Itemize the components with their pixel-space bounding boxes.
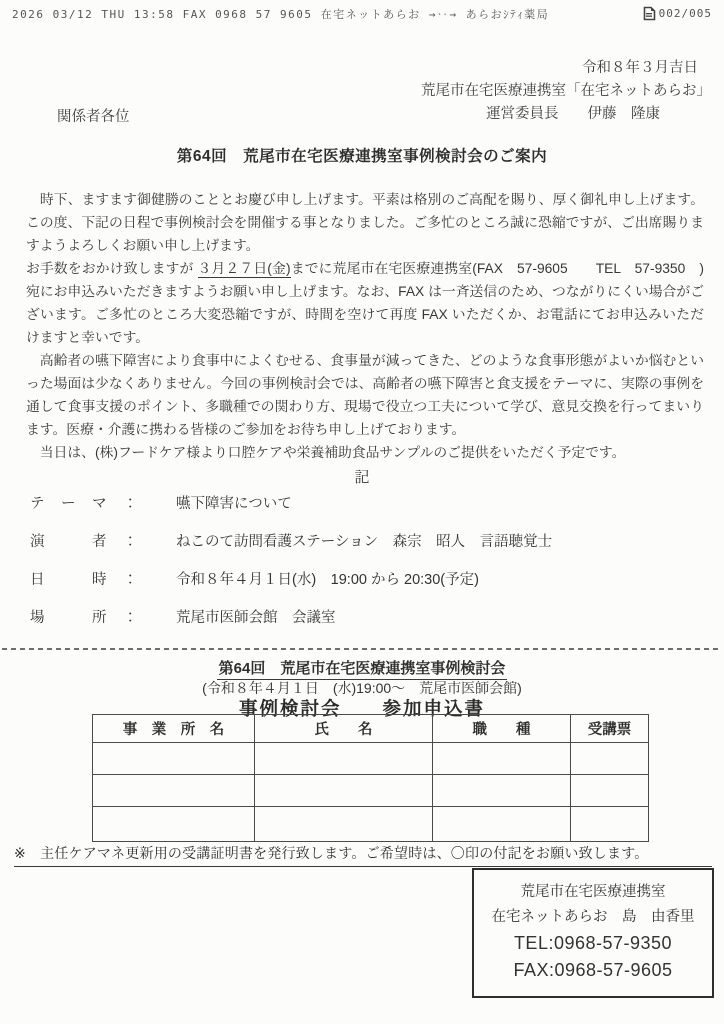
empty-cell xyxy=(93,775,255,807)
paragraph-samples: 当日は、(株)フードケア様より口腔ケアや栄養補助食品サンプルのご提供をいただく予… xyxy=(26,441,704,464)
detail-label: 演 者 ： xyxy=(30,530,158,551)
column-header-name: 氏 名 xyxy=(255,715,433,743)
table-row xyxy=(93,775,649,807)
contact-person: 在宅ネットあらお 島 由香里 xyxy=(480,905,706,930)
empty-cell xyxy=(255,807,433,842)
column-header-certificate: 受講票 xyxy=(571,715,649,743)
column-header-occupation: 職 種 xyxy=(433,715,571,743)
application-text-before: お手数をおかけ致しますが xyxy=(26,261,198,276)
sender-organization: 荒尾市在宅医療連携室「在宅ネットあらお」 xyxy=(421,79,711,100)
detail-row-speaker: 演 者 ：ねこのて訪問看護ステーション 森宗 昭人 言語聴覚士 xyxy=(30,530,552,551)
table-header-row: 事 業 所 名 氏 名 職 種 受講票 xyxy=(93,715,649,743)
detail-row-theme: テ ー マ ：嚥下障害について xyxy=(30,492,292,513)
detail-value: 嚥下障害について xyxy=(176,496,292,512)
detail-label: 場 所 ： xyxy=(30,606,158,627)
detail-value: 荒尾市医師会館 会議室 xyxy=(176,610,336,626)
contact-org: 荒尾市在宅医療連携室 xyxy=(480,880,706,905)
detail-row-datetime: 日 時 ：令和８年４月１日(水) 19:00 から 20:30(予定) xyxy=(30,568,479,589)
detail-label: テ ー マ ： xyxy=(30,492,158,513)
detail-label: 日 時 ： xyxy=(30,568,158,589)
empty-cell xyxy=(433,775,571,807)
paragraph-theme-description: 高齢者の嚥下障害により食事中によくむせる、食事量が減ってきた、どのような食事形態… xyxy=(26,349,704,441)
fax-document-page: 2026 03/12 THU 13:58 FAX 0968 57 9605 在宅… xyxy=(0,0,724,1024)
empty-cell xyxy=(255,775,433,807)
certificate-note: ※ 主任ケアマネ更新用の受講証明書を発行致します。ご希望時は、〇印の付記をお願い… xyxy=(14,843,712,867)
fax-journal-header: 2026 03/12 THU 13:58 FAX 0968 57 9605 在宅… xyxy=(12,6,712,22)
column-header-office: 事 業 所 名 xyxy=(93,715,255,743)
form-title-underlined: 第64回 荒尾市在宅医療連携室事例検討会 xyxy=(217,660,508,680)
empty-cell xyxy=(93,807,255,842)
application-table: 事 業 所 名 氏 名 職 種 受講票 xyxy=(92,714,649,842)
detail-value: 令和８年４月１日(水) 19:00 から 20:30(予定) xyxy=(176,572,479,588)
fax-page-counter: 002/005 xyxy=(643,6,712,21)
dashed-cutoff-line xyxy=(2,648,720,650)
recipients-line: 関係者各位 xyxy=(57,105,130,126)
application-deadline-underlined: ３月２７日(金) xyxy=(198,261,291,278)
ki-marker: 記 xyxy=(0,466,724,487)
document-title: 第64回 荒尾市在宅医療連携室事例検討会のご案内 xyxy=(0,144,724,166)
empty-cell xyxy=(571,743,649,775)
contact-fax: FAX:0968-57-9605 xyxy=(480,957,706,984)
sender-chairperson: 運営委員長 伊藤 隆康 xyxy=(486,102,660,123)
table-row xyxy=(93,807,649,842)
page-count-label: 002/005 xyxy=(659,7,712,20)
empty-cell xyxy=(433,743,571,775)
contact-tel: TEL:0968-57-9350 xyxy=(480,930,706,957)
paragraph-application: お手数をおかけ致しますが ３月２７日(金)までに荒尾市在宅医療連携室(FAX 5… xyxy=(26,257,704,349)
letter-date: 令和８年３月吉日 xyxy=(582,56,698,77)
page-icon xyxy=(643,6,656,21)
empty-cell xyxy=(93,743,255,775)
empty-cell xyxy=(255,743,433,775)
letter-body: 時下、ますます御健勝のこととお慶び申し上げます。平素は格別のご高配を賜り、厚く御… xyxy=(26,188,704,464)
detail-row-venue: 場 所 ：荒尾市医師会館 会議室 xyxy=(30,606,336,627)
empty-cell xyxy=(433,807,571,842)
empty-cell xyxy=(571,775,649,807)
table-row xyxy=(93,743,649,775)
paragraph-greeting: 時下、ますます御健勝のこととお慶び申し上げます。平素は格別のご高配を賜り、厚く御… xyxy=(26,188,704,257)
fax-transmission-info: 2026 03/12 THU 13:58 FAX 0968 57 9605 在宅… xyxy=(12,6,549,22)
form-section-title: 第64回 荒尾市在宅医療連携室事例検討会 xyxy=(0,657,724,678)
contact-info-box: 荒尾市在宅医療連携室 在宅ネットあらお 島 由香里 TEL:0968-57-93… xyxy=(472,868,714,998)
empty-cell xyxy=(571,807,649,842)
detail-value: ねこのて訪問看護ステーション 森宗 昭人 言語聴覚士 xyxy=(176,534,552,550)
